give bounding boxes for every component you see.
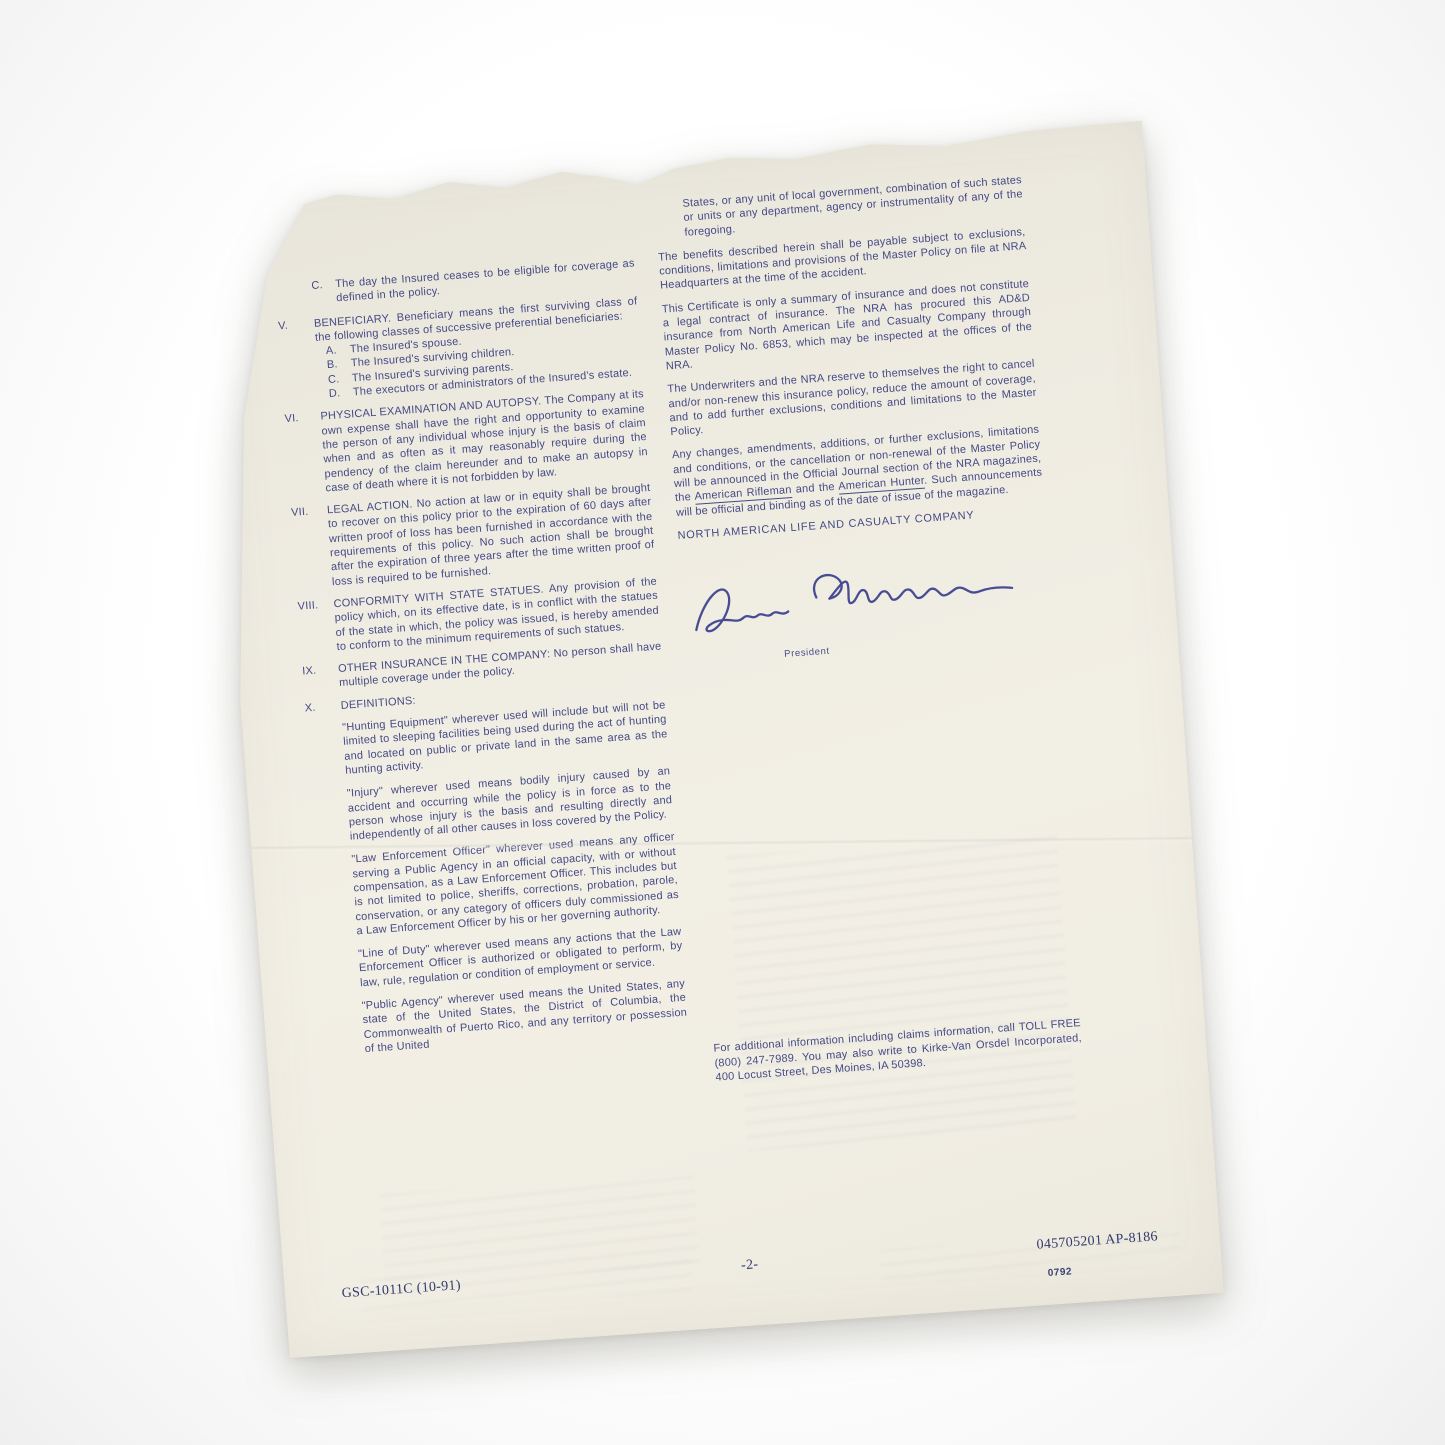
form-number: GSC-1011C (10-91) [341,1267,614,1302]
two-column-body: C. The day the Insured ceases to be elig… [204,121,1207,1125]
section-text: PHYSICAL EXAMINATION AND AUTOPSY. The Co… [320,387,649,495]
definition-public-agency: "Public Agency" wherever used means the … [361,977,688,1057]
page-number: -2- [613,1248,886,1283]
list-item-label: C. [311,277,337,307]
paragraph-claims-info: For additional information including cla… [713,1016,1083,1084]
print-code: 0792 [1047,1266,1072,1279]
definition-law-enforcement-officer: "Law Enforcement Officer" wherever used … [351,830,680,938]
section-number: VII. [291,504,333,592]
section-number: IX. [302,662,340,693]
section-legal-action: VII. LEGAL ACTION. No action at law or i… [291,481,656,592]
insurance-certificate-page: C. The day the Insured ceases to be elig… [204,121,1224,1359]
signature-block: President [680,548,1055,691]
section-number: V. [278,316,320,404]
section-text: LEGAL ACTION. No action at law or in equ… [327,481,656,589]
left-column: C. The day the Insured ceases to be elig… [275,256,693,1120]
section-number: X. [304,699,341,716]
paragraph-certificate-summary: This Certificate is only a summary of in… [661,277,1033,374]
section-beneficiary: V. BENEFICIARY. Beneficiary means the fi… [278,294,643,405]
signature-handwriting [686,550,1021,659]
paragraph-changes: Any changes, amendments, additions, or f… [672,423,1044,520]
paper-shadow: C. The day the Insured ceases to be elig… [0,0,1445,1445]
definition-hunting-equipment: "Hunting Equipment" wherever used will i… [342,698,669,778]
document-id: 045705201 AP-8186 [885,1229,1158,1264]
signature-title: President [784,645,830,662]
page-footer: GSC-1011C (10-91) -2- 045705201 AP-8186 [341,1229,1158,1302]
definition-injury: "Injury" wherever used means bodily inju… [346,764,673,844]
section-number: VIII. [297,597,337,657]
photo-background: C. The day the Insured ceases to be elig… [0,0,1445,1445]
section-physical-examination: VI. PHYSICAL EXAMINATION AND AUTOPSY. Th… [284,387,649,498]
section-number: VI. [284,410,326,498]
right-column: States, or any unit of local government,… [654,173,1084,1094]
